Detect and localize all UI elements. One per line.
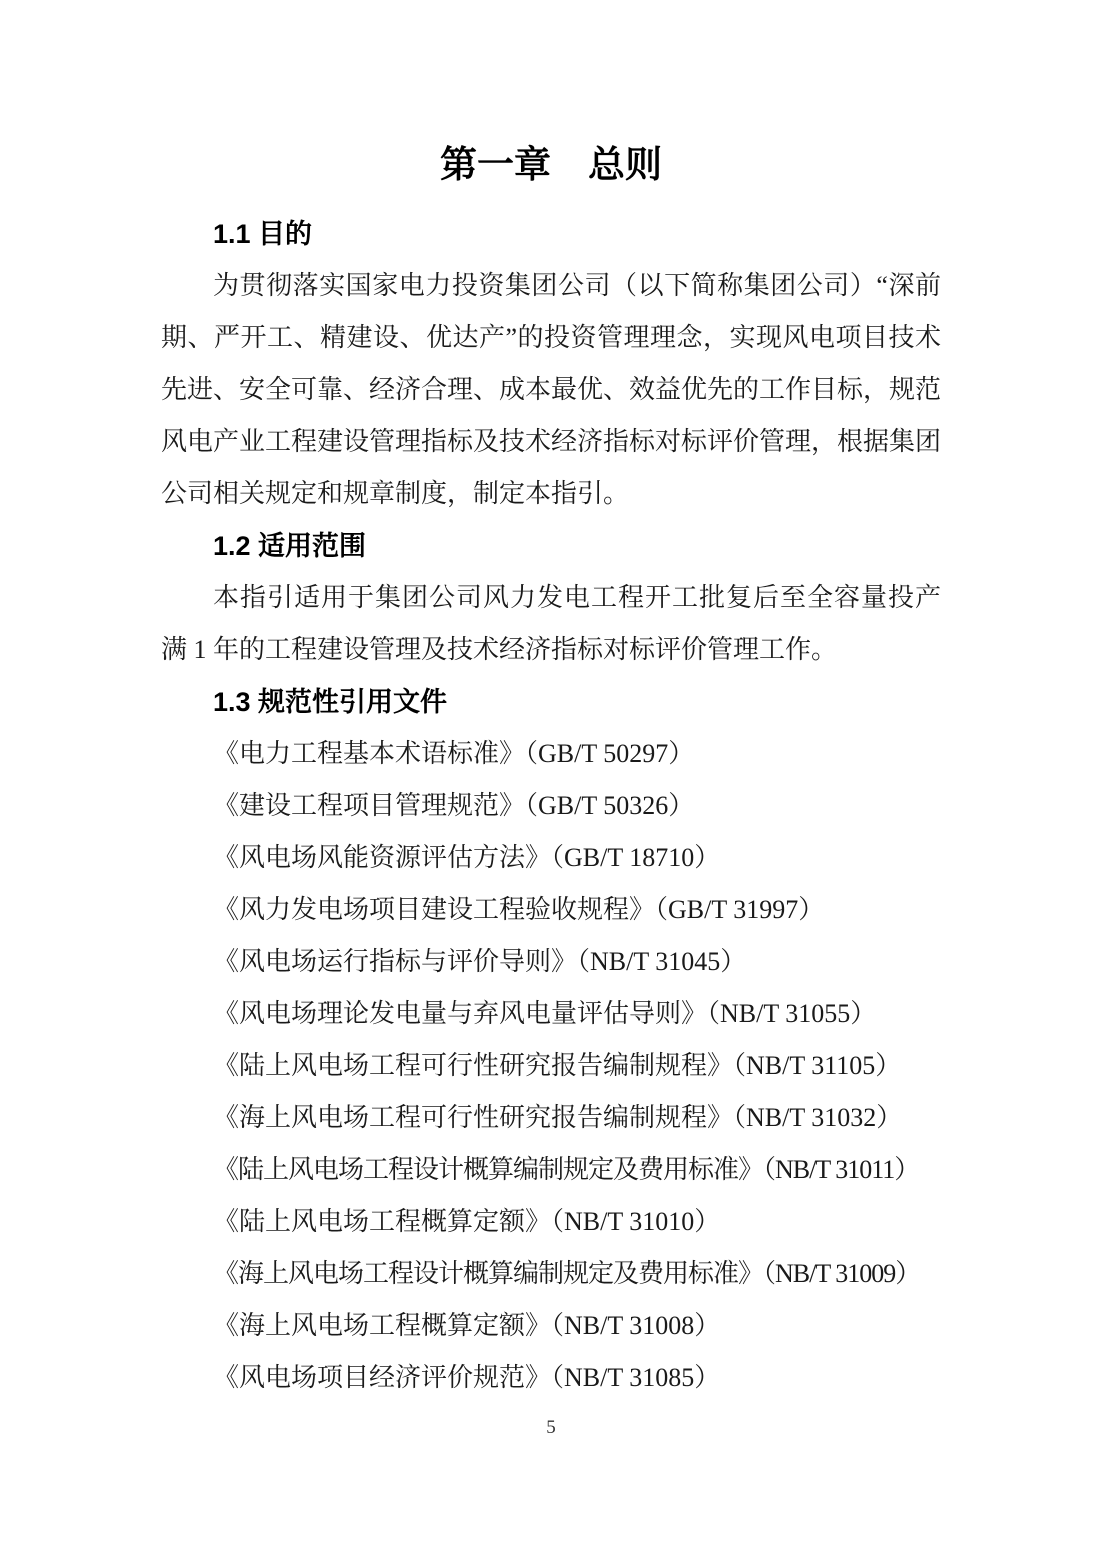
reference-item: 《风电场项目经济评价规范》（NB/T 31085） — [161, 1352, 941, 1404]
chapter-title: 第一章 总则 — [161, 139, 941, 191]
reference-item: 《陆上风电场工程概算定额》（NB/T 31010） — [161, 1196, 941, 1248]
paragraph-line: 期、严开工、精建设、优达产”的投资管理理念，实现风电项目技术 — [161, 312, 941, 364]
section-heading-1-3: 1.3 规范性引用文件 — [161, 676, 941, 728]
reference-item: 《建设工程项目管理规范》（GB/T 50326） — [161, 780, 941, 832]
section-heading-1-2: 1.2 适用范围 — [161, 520, 941, 572]
reference-item: 《风电场风能资源评估方法》（GB/T 18710） — [161, 832, 941, 884]
reference-item: 《海上风电场工程可行性研究报告编制规程》（NB/T 31032） — [161, 1092, 941, 1144]
section-heading-1-1: 1.1 目的 — [161, 208, 941, 260]
paragraph-line: 公司相关规定和规章制度，制定本指引。 — [161, 468, 941, 520]
page-footer: 5 — [0, 1408, 1102, 1448]
reference-item: 《陆上风电场工程设计概算编制规定及费用标准》（NB/T 31011） — [161, 1144, 941, 1196]
reference-item: 《海上风电场工程概算定额》（NB/T 31008） — [161, 1300, 941, 1352]
paragraph-line: 先进、安全可靠、经济合理、成本最优、效益优先的工作目标，规范 — [161, 364, 941, 416]
page-number: 5 — [546, 1417, 556, 1438]
reference-item: 《风电场理论发电量与弃风电量评估导则》（NB/T 31055） — [161, 988, 941, 1040]
document-page: 第一章 总则 1.1 目的 为贯彻落实国家电力投资集团公司（以下简称集团公司）“… — [0, 0, 1102, 1559]
document-body: 1.1 目的 为贯彻落实国家电力投资集团公司（以下简称集团公司）“深前 期、严开… — [161, 208, 941, 1404]
paragraph-line: 风电产业工程建设管理指标及技术经济指标对标评价管理，根据集团 — [161, 416, 941, 468]
reference-item: 《风电场运行指标与评价导则》（NB/T 31045） — [161, 936, 941, 988]
reference-item: 《电力工程基本术语标准》（GB/T 50297） — [161, 728, 941, 780]
reference-item: 《风力发电场项目建设工程验收规程》（GB/T 31997） — [161, 884, 941, 936]
paragraph-line: 本指引适用于集团公司风力发电工程开工批复后至全容量投产 — [161, 572, 941, 624]
paragraph-line: 为贯彻落实国家电力投资集团公司（以下简称集团公司）“深前 — [161, 260, 941, 312]
reference-item: 《陆上风电场工程可行性研究报告编制规程》（NB/T 31105） — [161, 1040, 941, 1092]
reference-item: 《海上风电场工程设计概算编制规定及费用标准》（NB/T 31009） — [161, 1248, 941, 1300]
paragraph-line: 满 1 年的工程建设管理及技术经济指标对标评价管理工作。 — [161, 624, 941, 676]
